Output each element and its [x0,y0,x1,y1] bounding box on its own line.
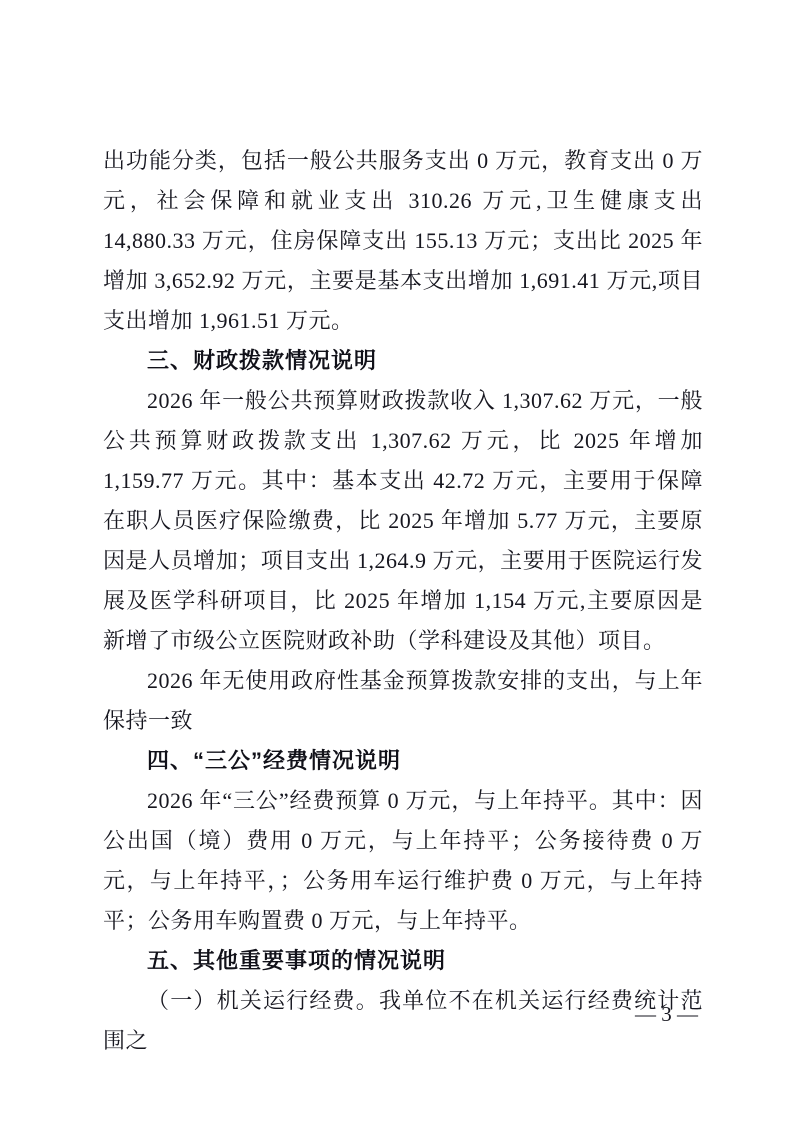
page-number: — 3 — [635,1002,698,1026]
document-body: 出功能分类，包括一般公共服务支出 0 万元，教育支出 0 万元，社会保障和就业支… [103,141,703,1061]
document-page: 出功能分类，包括一般公共服务支出 0 万元，教育支出 0 万元，社会保障和就业支… [0,0,794,1123]
heading-section-4-three-public-expenses: 四、“三公”经费情况说明 [103,741,703,781]
paragraph-three-public-expenses-detail: 2026 年“三公”经费预算 0 万元，与上年持平。其中：因公出国（境）费用 0… [103,781,703,941]
paragraph-government-fund-budget: 2026 年无使用政府性基金预算拨款安排的支出，与上年保持一致 [103,661,703,741]
heading-section-3-fiscal-appropriation: 三、财政拨款情况说明 [103,341,703,381]
heading-section-5-other-important-matters: 五、其他重要事项的情况说明 [103,941,703,981]
paragraph-agency-operating-expenses: （一）机关运行经费。我单位不在机关运行经费统计范围之 [103,981,703,1061]
page-footer: — 3 — [635,1000,698,1028]
paragraph-expenditure-classification: 出功能分类，包括一般公共服务支出 0 万元，教育支出 0 万元，社会保障和就业支… [103,141,703,341]
paragraph-fiscal-appropriation-detail: 2026 年一般公共预算财政拨款收入 1,307.62 万元，一般公共预算财政拨… [103,381,703,661]
